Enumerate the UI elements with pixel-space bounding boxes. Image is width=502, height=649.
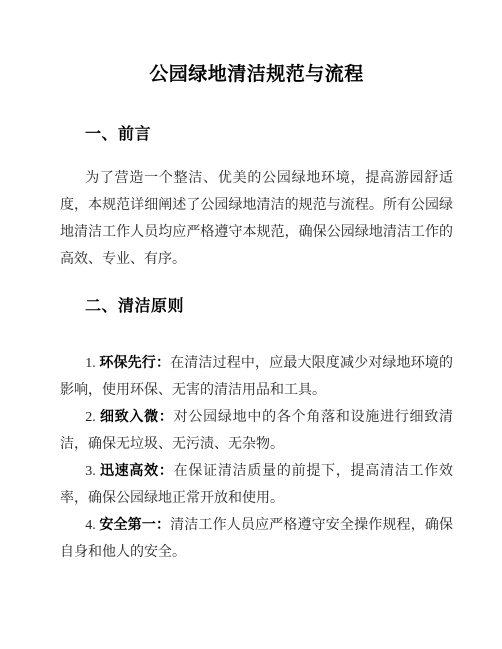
item-term: 迅速高效： xyxy=(100,464,174,479)
item-term: 安全第一： xyxy=(99,518,170,533)
principle-item-1: 1. 环保先行：在清洁过程中，应最大限度减少对绿地环境的影响，使用环保、无害的清… xyxy=(60,350,453,404)
item-number: 3. xyxy=(85,464,96,479)
principle-item-2: 2. 细致入微：对公园绿地中的各个角落和设施进行细致清洁，确保无垃圾、无污渍、无… xyxy=(60,404,453,458)
principles-list: 1. 环保先行：在清洁过程中，应最大限度减少对绿地环境的影响，使用环保、无害的清… xyxy=(60,350,453,566)
principle-item-4: 4. 安全第一：清洁工作人员应严格遵守安全操作规程，确保自身和他人的安全。 xyxy=(60,512,453,566)
item-term: 环保先行： xyxy=(99,356,170,371)
item-number: 2. xyxy=(85,410,96,425)
item-number: 1. xyxy=(85,356,96,371)
section-heading-principles: 二、清洁原则 xyxy=(85,297,453,317)
preface-paragraph: 为了营造一个整洁、优美的公园绿地环境，提高游园舒适度，本规范详细阐述了公园绿地清… xyxy=(60,165,453,273)
document-page: 公园绿地清洁规范与流程 一、前言 为了营造一个整洁、优美的公园绿地环境，提高游园… xyxy=(0,0,502,649)
document-title: 公园绿地清洁规范与流程 xyxy=(60,62,453,88)
principle-item-3: 3. 迅速高效：在保证清洁质量的前提下，提高清洁工作效率，确保公园绿地正常开放和… xyxy=(60,458,453,512)
section-heading-preface: 一、前言 xyxy=(85,125,453,145)
item-term: 细致入微： xyxy=(100,410,174,425)
item-number: 4. xyxy=(85,518,96,533)
